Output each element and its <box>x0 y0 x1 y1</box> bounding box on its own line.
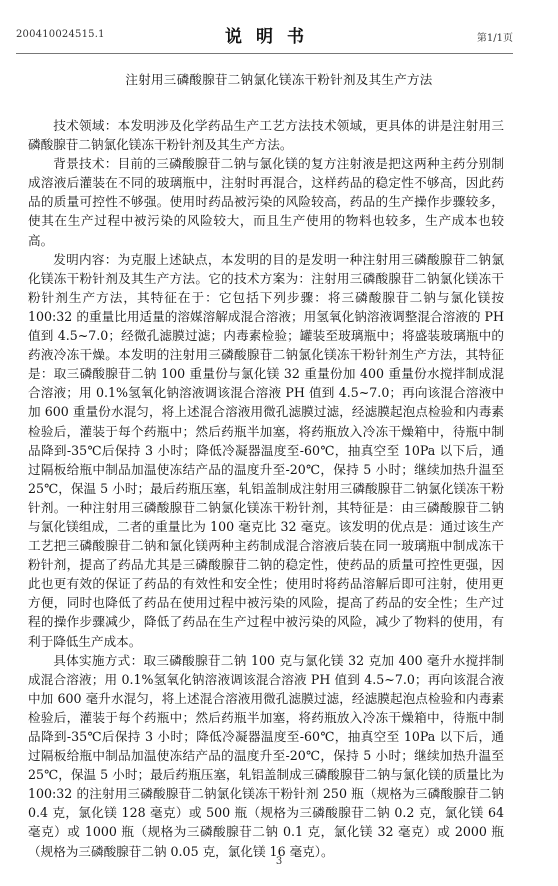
paragraph-background: 背景技术：目前的三磷酸腺苷二钠与氯化镁的复方注射液是把这两种主药分别制成溶液后灌… <box>28 154 504 249</box>
paragraph-invention-content: 发明内容：为克服上述缺点，本发明的目的是发明一种注射用三磷酸腺苷二钠氯化镁冻干粉… <box>28 250 504 651</box>
paragraph-technical-field: 技术领域：本发明涉及化学药品生产工艺方法技术领域，更具体的讲是注射用三磷酸腺苷二… <box>28 116 504 154</box>
header-divider <box>16 53 513 54</box>
document-title: 注射用三磷酸腺苷二钠氯化镁冻干粉针剂及其生产方法 <box>0 70 558 88</box>
document-type-heading: 说明书 <box>16 22 513 47</box>
page-header: 200410024515.1 说明书 第1/1页 <box>16 22 513 52</box>
paragraph-embodiment: 具体实施方式：取三磷酸腺苷二钠 100 克与氯化镁 32 克加 400 毫升水搅… <box>28 651 504 861</box>
page-number: 3 <box>0 856 558 867</box>
page-count: 第1/1页 <box>477 29 513 44</box>
document-body: 技术领域：本发明涉及化学药品生产工艺方法技术领域，更具体的讲是注射用三磷酸腺苷二… <box>28 116 504 861</box>
